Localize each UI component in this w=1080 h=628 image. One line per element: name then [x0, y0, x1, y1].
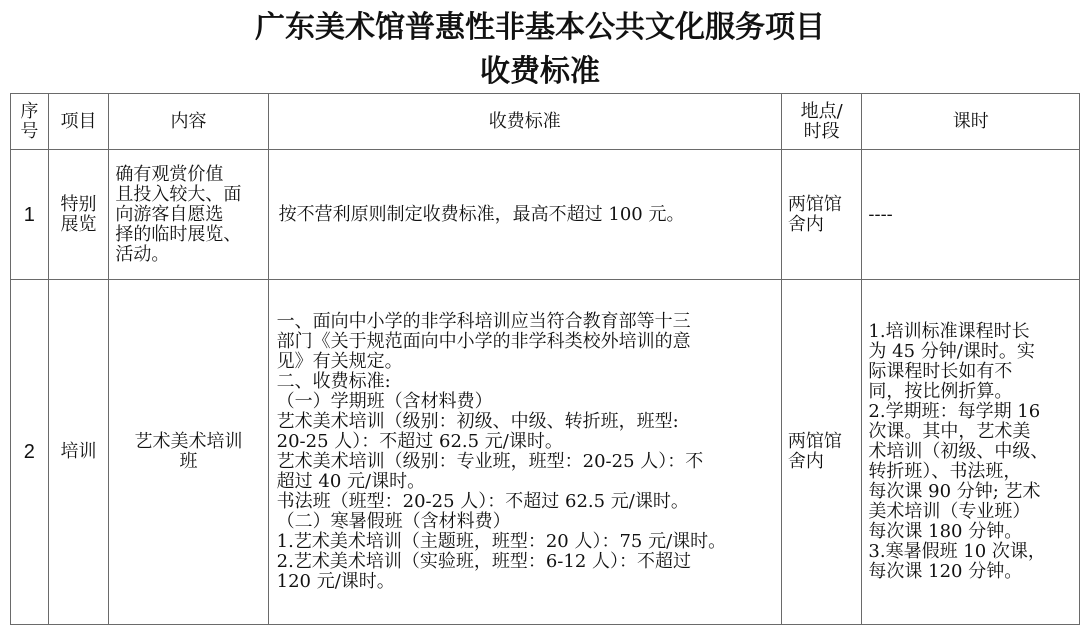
- header-place: 地点/ 时段: [781, 94, 862, 150]
- cell-hours-line: 同，按比例折算。: [868, 382, 1073, 402]
- header-no-line: 号: [11, 122, 48, 142]
- cell-item-line: 培训: [49, 442, 109, 462]
- table-row: 2 培训 艺术美术培训 班 一、面向中小学的非学科培训应当符合教育部等十三 部门…: [11, 280, 1080, 625]
- header-no-line: 序: [11, 102, 48, 122]
- cell-hours-line: 每次课 120 分钟。: [868, 562, 1073, 582]
- cell-fee-line: 二、收费标准:: [277, 372, 775, 392]
- cell-place-line: 舍内: [788, 215, 856, 235]
- cell-content: 确有观赏价值 且投入较大、面 向游客自愿选 择的临时展览、 活动。: [109, 150, 268, 280]
- cell-place: 两馆馆 舍内: [781, 280, 862, 625]
- cell-no: 1: [11, 150, 49, 280]
- cell-hours-line: 为 45 分钟/课时。实: [868, 342, 1073, 362]
- header-item: 项目: [48, 94, 109, 150]
- cell-hours: ----: [862, 150, 1080, 280]
- fee-standard-table: 序 号 项目 内容 收费标准 地点/ 时段 课时 1 特别 展览 确有观赏价值 …: [10, 93, 1080, 625]
- header-content: 内容: [109, 94, 268, 150]
- cell-fee-line: 一、面向中小学的非学科培训应当符合教育部等十三: [277, 312, 775, 332]
- cell-content-line: 艺术美术培训: [115, 432, 261, 452]
- cell-content-line: 择的临时展览、: [115, 225, 261, 245]
- document-subtitle: 收费标准: [0, 52, 1080, 92]
- cell-fee-line: （一）学期班（含材料费）: [277, 392, 775, 412]
- cell-fee: 按不营利原则制定收费标准，最高不超过 100 元。: [268, 150, 781, 280]
- cell-no: 2: [11, 280, 49, 625]
- cell-fee-line: 见》有关规定。: [277, 352, 775, 372]
- table-header-row: 序 号 项目 内容 收费标准 地点/ 时段 课时: [11, 94, 1080, 150]
- cell-item-line: 特别: [49, 195, 109, 215]
- cell-fee-line: 2.艺术美术培训（实验班，班型：6-12 人）：不超过: [277, 552, 775, 572]
- table-row: 1 特别 展览 确有观赏价值 且投入较大、面 向游客自愿选 择的临时展览、 活动…: [11, 150, 1080, 280]
- cell-fee: 一、面向中小学的非学科培训应当符合教育部等十三 部门《关于规范面向中小学的非学科…: [268, 280, 781, 625]
- cell-place-line: 两馆馆: [788, 195, 856, 215]
- cell-hours-line: 转折班）、书法班，: [868, 462, 1073, 482]
- cell-item: 特别 展览: [48, 150, 109, 280]
- cell-place: 两馆馆 舍内: [781, 150, 862, 280]
- cell-fee-line: 书法班（班型：20-25 人）：不超过 62.5 元/课时。: [277, 492, 775, 512]
- cell-fee-line: 120 元/课时。: [277, 572, 775, 592]
- header-hours: 课时: [862, 94, 1080, 150]
- document-title: 广东美术馆普惠性非基本公共文化服务项目: [0, 8, 1080, 48]
- cell-item: 培训: [48, 280, 109, 625]
- cell-content-line: 向游客自愿选: [115, 205, 261, 225]
- cell-hours-line: 际课程时长如有不: [868, 362, 1073, 382]
- cell-hours-line: ----: [868, 205, 1073, 225]
- cell-fee-line: 部门《关于规范面向中小学的非学科类校外培训的意: [277, 332, 775, 352]
- header-place-line: 时段: [782, 122, 862, 142]
- cell-fee-line: 超过 40 元/课时。: [277, 472, 775, 492]
- cell-fee-line: 艺术美术培训（级别：专业班，班型：20-25 人）：不: [277, 452, 775, 472]
- cell-fee-line: （二）寒暑假班（含材料费）: [277, 512, 775, 532]
- header-place-line: 地点/: [782, 102, 862, 122]
- cell-place-line: 两馆馆: [788, 432, 856, 452]
- cell-content-line: 班: [115, 452, 261, 472]
- cell-hours-line: 美术培训（专业班）: [868, 502, 1073, 522]
- cell-fee-line: 艺术美术培训（级别：初级、中级、转折班，班型:: [277, 412, 775, 432]
- cell-fee-line: 20-25 人）：不超过 62.5 元/课时。: [277, 432, 775, 452]
- cell-place-line: 舍内: [788, 452, 856, 472]
- cell-hours-line: 2.学期班：每学期 16: [868, 402, 1073, 422]
- header-no: 序 号: [11, 94, 49, 150]
- cell-content: 艺术美术培训 班: [109, 280, 268, 625]
- cell-hours-line: 1.培训标准课程时长: [868, 322, 1073, 342]
- cell-content-line: 活动。: [115, 245, 261, 265]
- cell-fee-line: 按不营利原则制定收费标准，最高不超过 100 元。: [279, 205, 775, 225]
- cell-fee-line: 1.艺术美术培训（主题班，班型：20 人）：75 元/课时。: [277, 532, 775, 552]
- cell-hours-line: 次课。其中，艺术美: [868, 422, 1073, 442]
- cell-hours: 1.培训标准课程时长 为 45 分钟/课时。实 际课程时长如有不 同，按比例折算…: [862, 280, 1080, 625]
- cell-hours-line: 术培训（初级、中级、: [868, 442, 1073, 462]
- cell-content-line: 确有观赏价值: [115, 165, 261, 185]
- cell-hours-line: 每次课 90 分钟; 艺术: [868, 482, 1073, 502]
- header-fee: 收费标准: [268, 94, 781, 150]
- cell-item-line: 展览: [49, 215, 109, 235]
- cell-hours-line: 3.寒暑假班 10 次课，: [868, 542, 1073, 562]
- cell-content-line: 且投入较大、面: [115, 185, 261, 205]
- cell-hours-line: 每次课 180 分钟。: [868, 522, 1073, 542]
